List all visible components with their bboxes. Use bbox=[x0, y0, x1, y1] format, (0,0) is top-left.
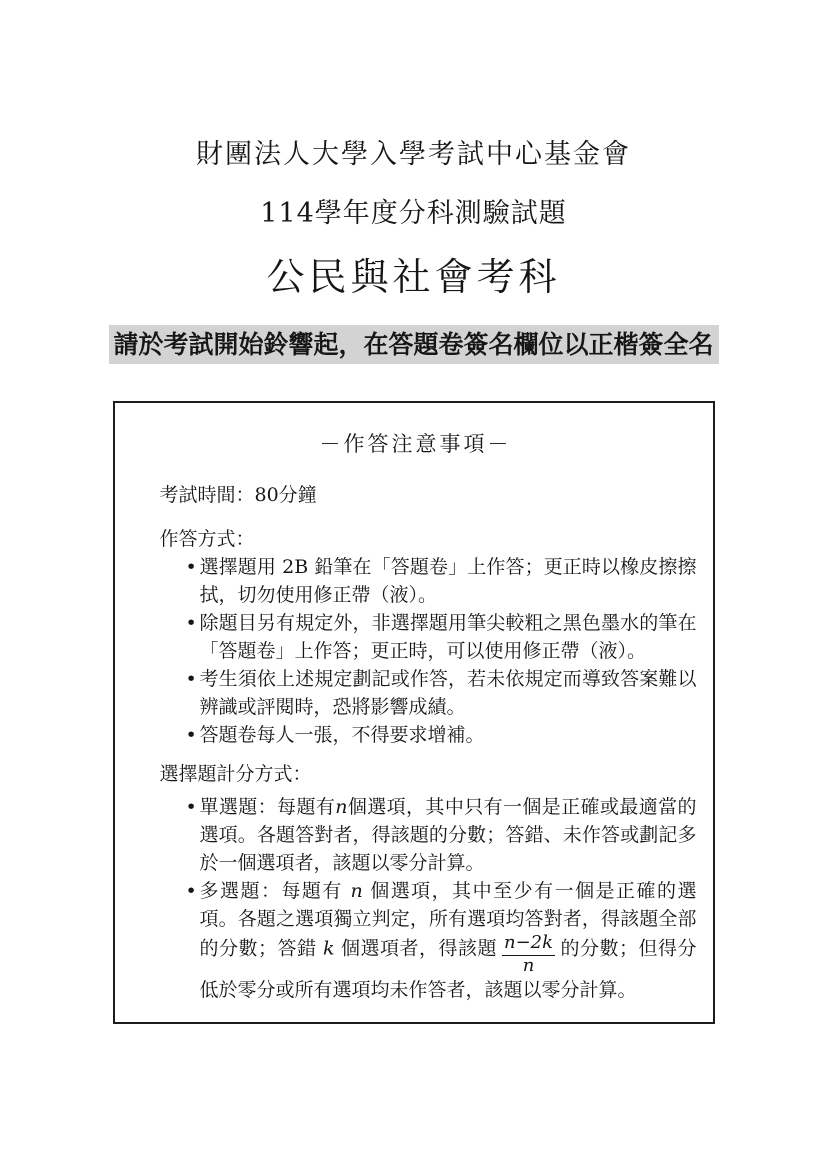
math-variable-n: n bbox=[350, 880, 362, 902]
notice-box-title: －作答注意事項－ bbox=[135, 429, 697, 459]
fraction-denominator: n bbox=[502, 956, 555, 977]
text-segment: 個選項者，得該題 bbox=[335, 938, 497, 960]
list-item: 考生須依上述規定劃記或作答，若未依規定而導致答案難以辨識或評閱時，恐將影響成績。 bbox=[200, 665, 697, 721]
list-item: 選擇題用 2B 鉛筆在「答題卷」上作答；更正時以橡皮擦擦拭，切勿使用修正帶（液）… bbox=[200, 553, 697, 609]
exam-time-line: 考試時間：80分鐘 bbox=[160, 481, 697, 509]
list-item: 除題目另有規定外，非選擇題用筆尖較粗之黑色墨水的筆在「答題卷」上作答；更正時，可… bbox=[200, 609, 697, 665]
scoring-label: 選擇題計分方式： bbox=[160, 760, 697, 788]
list-item-multi-choice: 多選題：每題有 n 個選項，其中至少有一個是正確的選項。各題之選項獨立判定，所有… bbox=[200, 877, 697, 1004]
answer-method-label: 作答方式： bbox=[160, 525, 697, 553]
header: 財團法人大學入學考試中心基金會 114學年度分科測驗試題 公民與社會考科 bbox=[0, 0, 827, 301]
list-item: 答題卷每人一張，不得要求增補。 bbox=[200, 721, 697, 749]
subject-title: 公民與社會考科 bbox=[0, 246, 827, 301]
signature-instruction-banner: 請於考試開始鈴響起，在答題卷簽名欄位以正楷簽全名 bbox=[109, 325, 719, 364]
text-segment: 多選題：每題有 bbox=[200, 880, 351, 902]
scoring-list: 單選題：每題有n個選項，其中只有一個是正確或最適當的選項。各題答對者，得該題的分… bbox=[200, 793, 697, 1004]
score-fraction: n−2kn bbox=[502, 933, 555, 976]
fraction-numerator: n−2k bbox=[502, 933, 555, 956]
organization-name: 財團法人大學入學考試中心基金會 bbox=[0, 132, 827, 171]
exam-cover-page: 財團法人大學入學考試中心基金會 114學年度分科測驗試題 公民與社會考科 請於考… bbox=[0, 0, 827, 1024]
text-segment: 單選題：每題有 bbox=[200, 796, 336, 818]
list-item-single-choice: 單選題：每題有n個選項，其中只有一個是正確或最適當的選項。各題答對者，得該題的分… bbox=[200, 793, 697, 877]
notice-box: －作答注意事項－ 考試時間：80分鐘 作答方式： 選擇題用 2B 鉛筆在「答題卷… bbox=[113, 401, 715, 1024]
math-variable-k: k bbox=[323, 938, 335, 960]
math-variable-n: n bbox=[335, 796, 347, 818]
exam-session-line: 114學年度分科測驗試題 bbox=[0, 191, 827, 230]
answer-method-list: 選擇題用 2B 鉛筆在「答題卷」上作答；更正時以橡皮擦擦拭，切勿使用修正帶（液）… bbox=[200, 553, 697, 749]
